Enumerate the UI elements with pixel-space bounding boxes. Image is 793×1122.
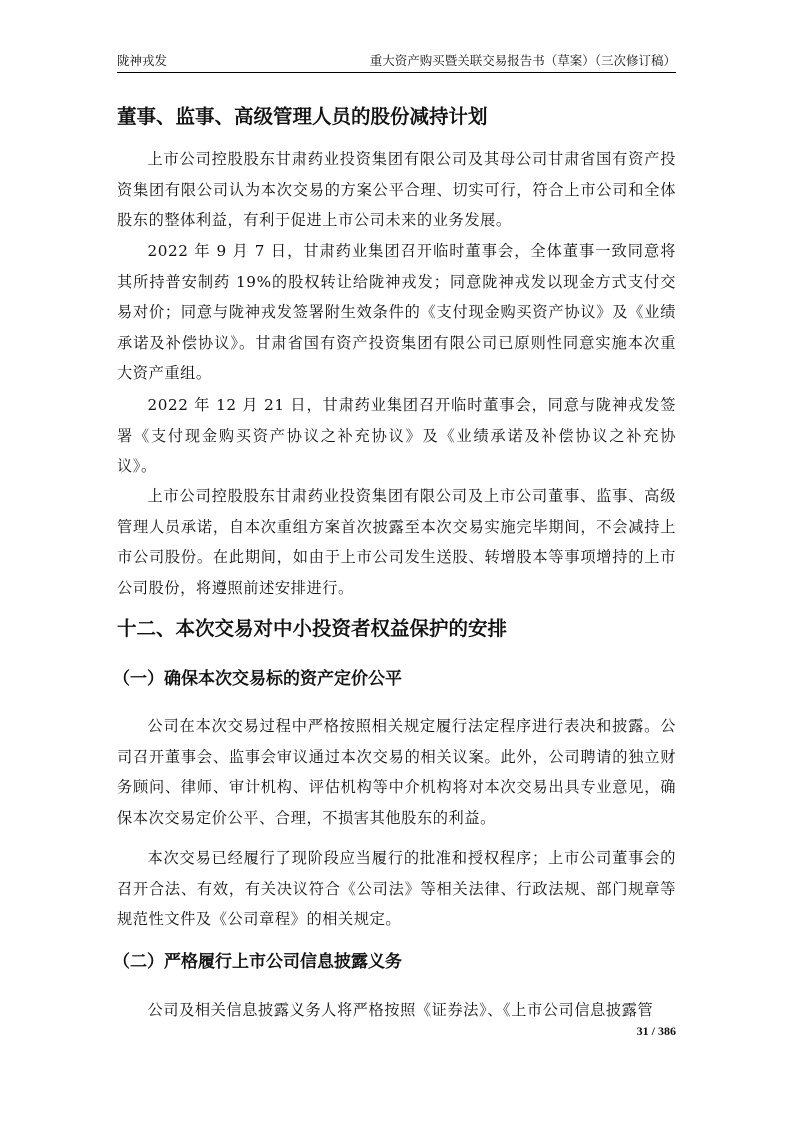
paragraph-no-reduction-commitment: 上市公司控股股东甘肃药业投资集团有限公司及上市公司董事、监事、高级管理人员承诺，… xyxy=(117,481,676,603)
header-document-title: 重大资产购买暨关联交易报告书（草案）（三次修订稿） xyxy=(370,52,676,70)
header-company-name: 陇神戎发 xyxy=(117,52,167,70)
paragraph-board-meeting-2022-12-21: 2022 年 12 月 21 日，甘肃药业集团召开临时董事会，同意与陇神戎发签署… xyxy=(117,390,676,482)
page-number: 31 / 386 xyxy=(637,1024,676,1039)
section-heading-shareholding-reduction: 董事、监事、高级管理人员的股份减持计划 xyxy=(117,102,488,132)
section-heading-12-investor-protection: 十二、本次交易对中小投资者权益保护的安排 xyxy=(117,614,507,644)
subsection-heading-information-disclosure: （二）严格履行上市公司信息披露义务 xyxy=(113,948,402,976)
paragraph-board-meeting-2022-09-07: 2022 年 9 月 7 日，甘肃药业集团召开临时董事会，全体董事一致同意将其所… xyxy=(117,236,676,389)
paragraph-approval-procedures: 本次交易已经履行了现阶段应当履行的批准和授权程序；上市公司董事会的召开合法、有效… xyxy=(117,843,676,935)
paragraph-legal-procedures: 公司在本次交易过程中严格按照相关规定履行法定程序进行表决和披露。公司召开董事会、… xyxy=(117,711,676,833)
subsection-heading-fair-pricing: （一）确保本次交易标的资产定价公平 xyxy=(113,665,402,693)
page-header: 陇神戎发 重大资产购买暨关联交易报告书（草案）（三次修订稿） xyxy=(117,52,676,73)
paragraph-disclosure-obligations: 公司及相关信息披露义务人将严格按照《证券法》、《上市公司信息披露管 xyxy=(117,995,676,1026)
paragraph-controlling-shareholder-opinion: 上市公司控股股东甘肃药业投资集团有限公司及其母公司甘肃省国有资产投资集团有限公司… xyxy=(117,144,676,236)
